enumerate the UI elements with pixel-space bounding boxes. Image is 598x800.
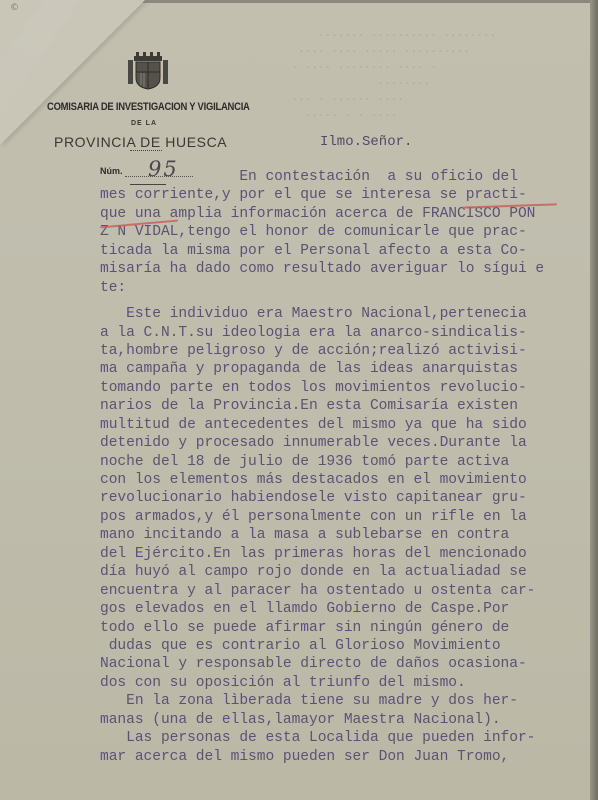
page-edge xyxy=(590,0,598,800)
spanish-coat-of-arms-icon xyxy=(128,52,168,90)
province-name: PROVINCIA DE HUESCA xyxy=(54,134,227,150)
body-line: pos armados,y él personalmente con un ri… xyxy=(100,508,592,526)
body-line: multitud de antecedentes del mismo ya qu… xyxy=(100,416,592,434)
body-line: dos con su oposición al triunfo del mism… xyxy=(100,674,592,692)
body-line: mar acerca del mismo pueden ser Don Juan… xyxy=(100,748,592,766)
body-line: todo ello se puede afirmar sin ningún gé… xyxy=(100,619,592,637)
body-line: con los elementos más destacados en el m… xyxy=(100,471,592,489)
body-line: En contestación a su oficio del xyxy=(100,168,592,186)
body-line: a la C.N.T.su ideologia era la anarco-si… xyxy=(100,324,592,342)
body-line: manas (una de ellas,lamayor Maestra Naci… xyxy=(100,711,592,729)
document-page: © ....... .......... ........ .... .... … xyxy=(0,0,592,800)
body-line: Las personas de esta Localida que pueden… xyxy=(100,729,592,747)
body-line: En la zona lìberada tiene su madre y dos… xyxy=(100,692,592,710)
staple-mark-icon: © xyxy=(10,3,19,13)
office-connector: DE LA xyxy=(131,120,157,127)
body-line: revolucionario habiendosele visto capita… xyxy=(100,489,592,507)
body-line: del Ejército.En las primeras horas del m… xyxy=(100,545,592,563)
letterhead-divider xyxy=(130,150,162,151)
body-line: encuentra y al paracer ha ostentado u os… xyxy=(100,582,592,600)
body-line: tomando parte en todos los movimientos r… xyxy=(100,379,592,397)
body-line: ticada la misma por el Personal afecto a… xyxy=(100,242,592,260)
body-line: día huyó al campo rojo donde en la actua… xyxy=(100,563,592,581)
body-line: ta,hombre peligroso y de acción;realizó … xyxy=(100,342,592,360)
office-name: COMISARIA DE INVESTIGACION Y VIGILANCIA xyxy=(47,101,223,113)
body-line: te: xyxy=(100,279,592,297)
body-line: Z N VIDAL,tengo el honor de comunicarle … xyxy=(100,223,592,241)
body-line: mes corriente,y por el que se interesa s… xyxy=(100,186,592,204)
body-line xyxy=(100,297,592,305)
body-line: Nacional y responsable directo de daños … xyxy=(100,655,592,673)
body-line: ma campaña y propaganda de las ideas ana… xyxy=(100,360,592,378)
body-line: noche del 18 de julio de 1936 tomó parte… xyxy=(100,453,592,471)
body-line: gos elevados en el llamdo Gobierno de Ca… xyxy=(100,600,592,618)
body-line: Este individuo era Maestro Nacional,pert… xyxy=(100,305,592,323)
body-line: misaría ha dado como resultado averiguar… xyxy=(100,260,592,278)
body-line: dudas que es contrario al Glorioso Movim… xyxy=(100,637,592,655)
salutation: Ilmo.Señor. xyxy=(320,134,412,150)
body-line: narios de la Provincia.En esta Comisaría… xyxy=(100,397,592,415)
letter-body: En contestación a su oficio delmes corri… xyxy=(100,168,592,766)
body-line: mano incitando a la masa a sublebarse en… xyxy=(100,526,592,544)
bleed-through-text: ....... .......... ........ .... .... ..… xyxy=(285,26,555,122)
body-line: detenido y procesado innumerable veces.D… xyxy=(100,434,592,452)
